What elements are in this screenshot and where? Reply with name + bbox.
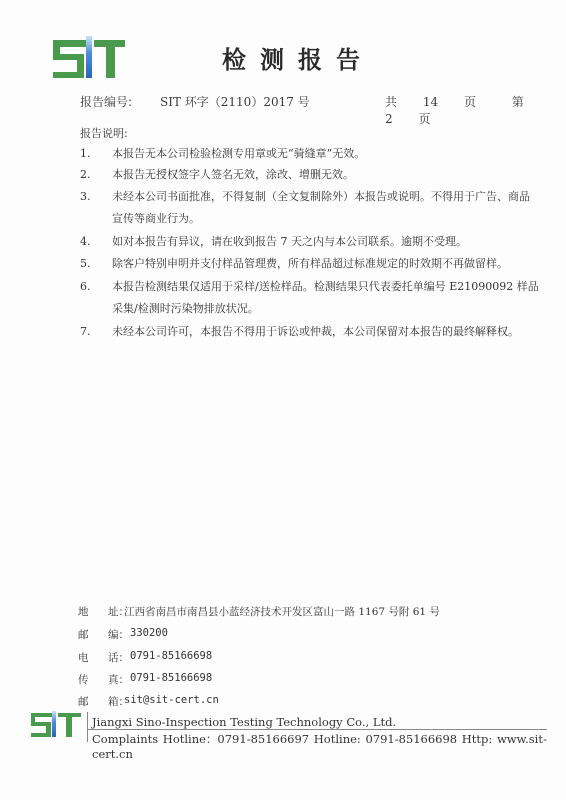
contact-phone: 电 话： 0791-85166698 [78, 650, 212, 665]
contact-email: 邮 箱： sit@sit-cert.cn [78, 694, 219, 709]
report-number-label: 报告编号: [80, 93, 132, 110]
note-item: 2. 本报告无授权签字人签名无效，涂改、增删无效。 [80, 164, 540, 186]
current-page-prefix: 第 [512, 95, 524, 109]
report-number-value: SIT 环字（2110）2017 号 [160, 93, 310, 110]
page-indicator: 共 14 页 第 2 页 [385, 93, 566, 127]
footer-divider-vertical [87, 712, 88, 742]
total-pages-prefix: 共 [385, 95, 397, 109]
note-item: 7. 未经本公司许可，本报告不得用于诉讼或仲裁，本公司保留对本报告的最终解释权。 [80, 321, 540, 343]
contact-fax: 传 真： 0791-85166698 [78, 672, 212, 687]
footer-divider-horizontal [88, 729, 547, 730]
current-page: 2 [385, 112, 393, 126]
notes-heading: 报告说明: [80, 125, 128, 141]
contact-address: 地 址： 江西省南昌市南昌县小蓝经济技术开发区富山一路 1167 号附 61 号 [78, 604, 440, 619]
footer-company-name: Jiangxi Sino-Inspection Testing Technolo… [92, 715, 396, 729]
footer-sit-logo [31, 713, 81, 737]
current-page-suffix: 页 [418, 112, 430, 126]
note-item: 1. 本报告无本公司检验检测专用章或无“骑缝章”无效。 [80, 143, 540, 165]
total-pages-suffix: 页 [464, 95, 476, 109]
note-item: 4. 如对本报告有异议，请在收到报告 7 天之内与本公司联系。逾期不受理。 [80, 231, 540, 253]
note-item: 5. 除客户特别申明并支付样品管理费，所有样品超过标准规定的时效期不再做留样。 [80, 253, 540, 275]
note-item: 3. 未经本公司书面批准，不得复制（全文复制除外）本报告或说明。不得用于广告、商… [80, 186, 540, 230]
document-title: 检测报告 [222, 40, 374, 75]
sit-logo [53, 40, 125, 78]
note-item: 6. 本报告检测结果仅适用于采样/送检样品。检测结果只代表委托单编号 E2109… [80, 276, 540, 320]
contact-postcode: 邮 编： 330200 [78, 627, 168, 642]
total-pages: 14 [423, 95, 438, 109]
footer-contact-line: Complaints Hotline：0791-85166697 Hotline… [92, 731, 566, 761]
